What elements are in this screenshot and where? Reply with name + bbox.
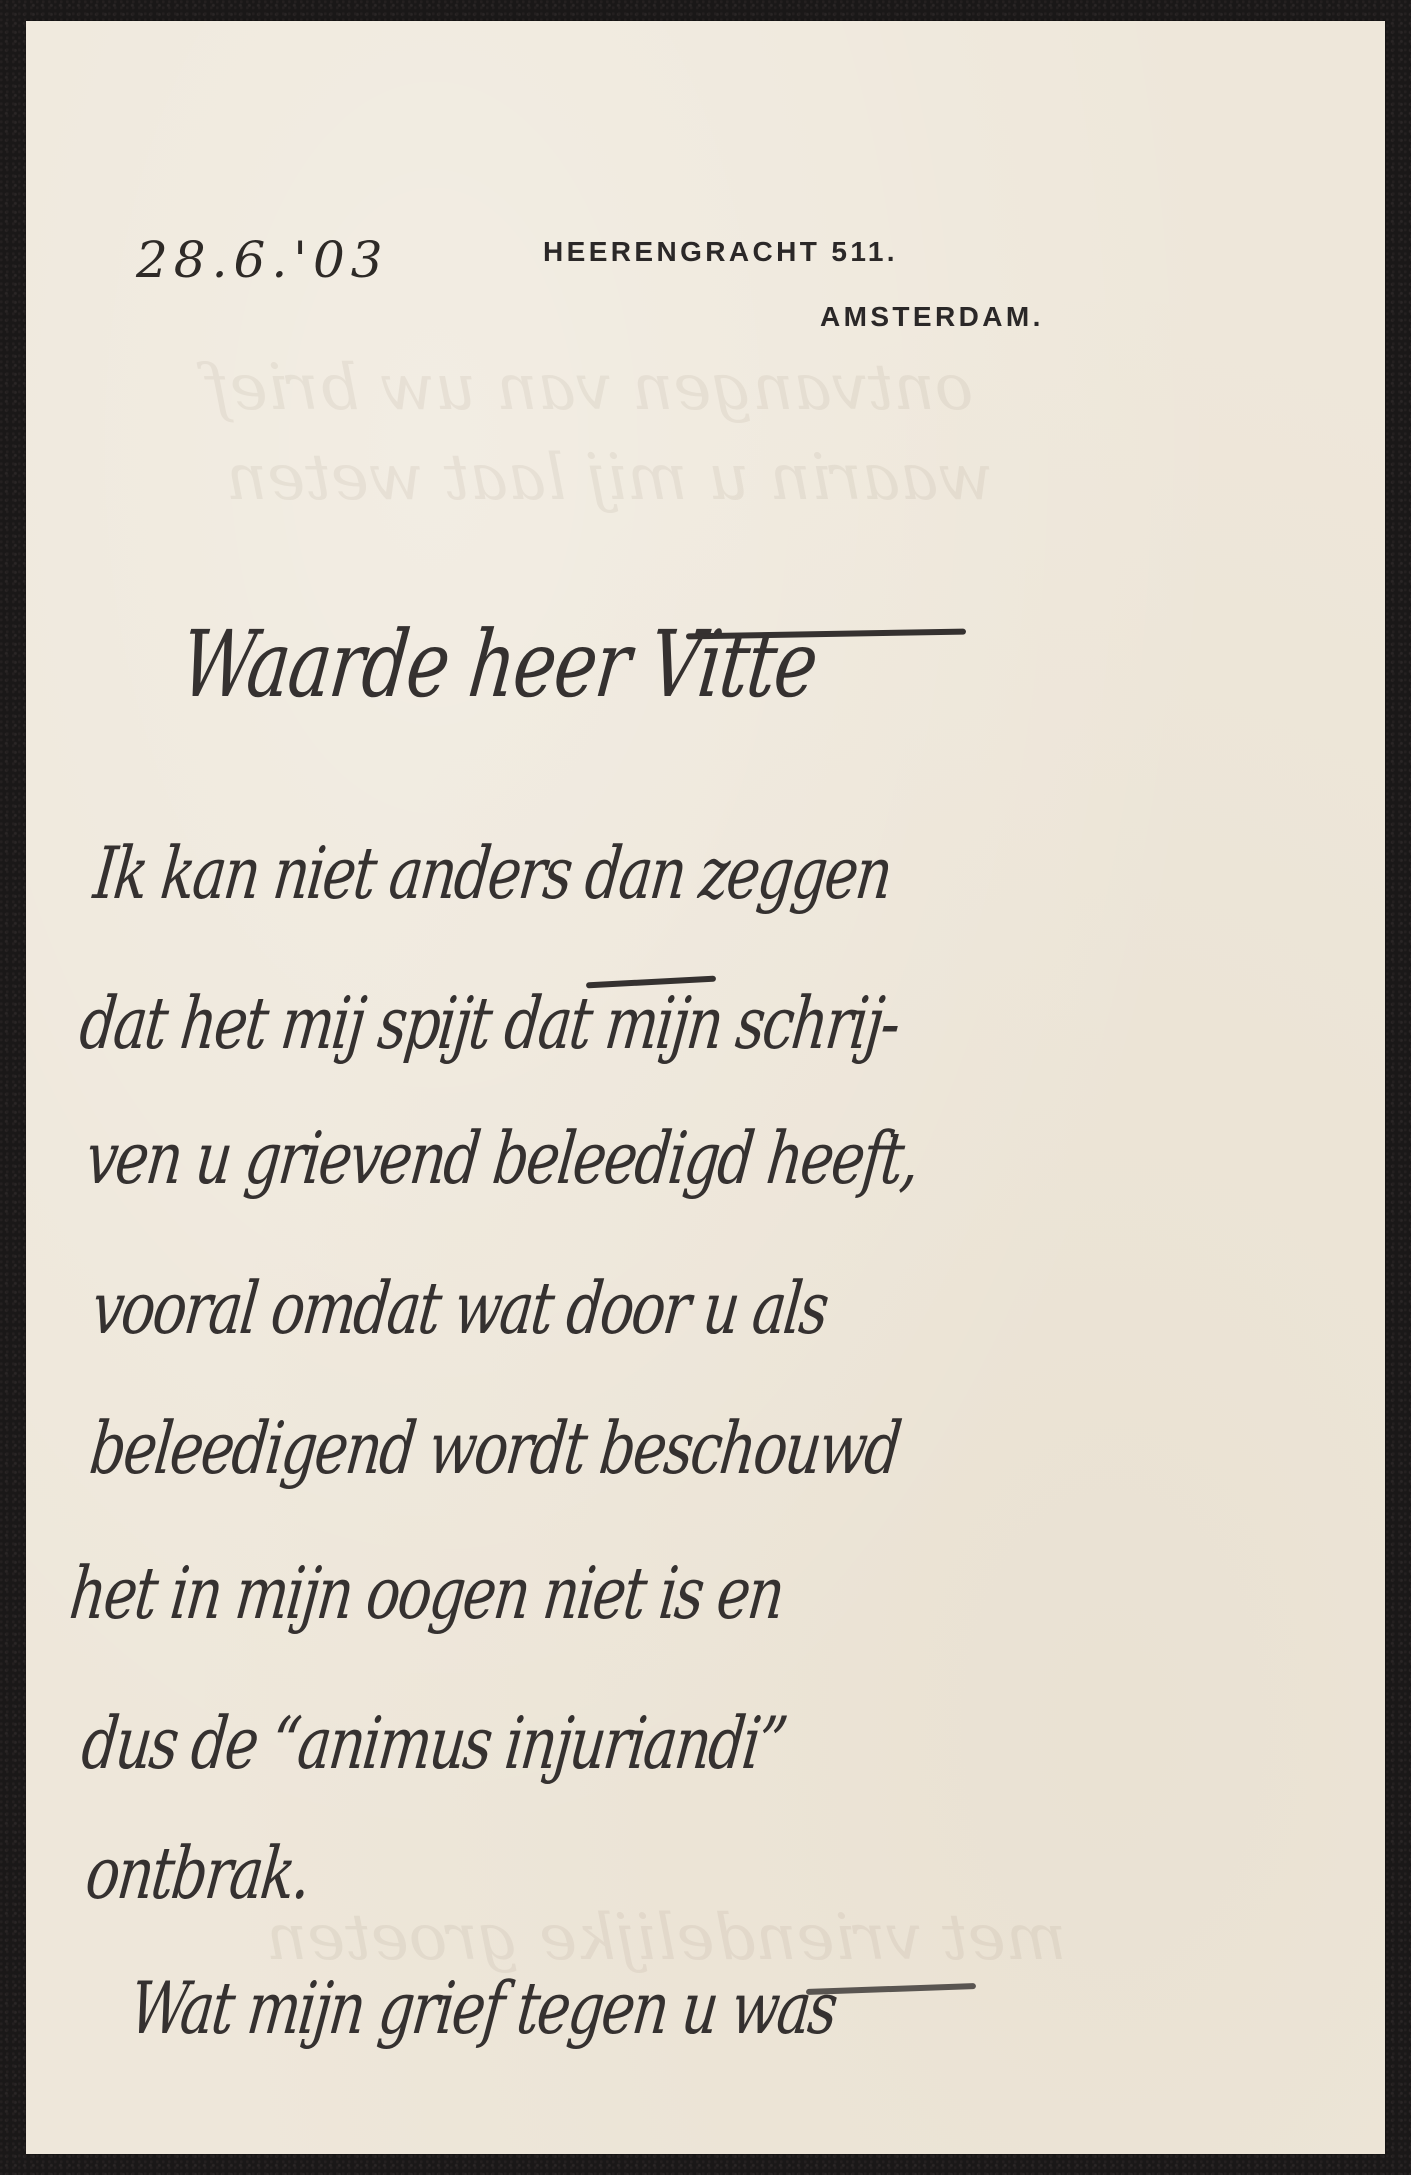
letter-line-8: ontbrak.: [82, 1831, 313, 1915]
handwritten-date: 28.6.'03: [136, 231, 389, 289]
bleed-through-text: waarin u mij laat weten: [226, 441, 993, 515]
letter-line-9: Wat mijn grief tegen u was: [126, 1966, 840, 2050]
letter-line-7: dus de “animus injuriandi”: [78, 1701, 789, 1785]
letter-line-3: ven u grievend beleedigd heeft,: [82, 1116, 922, 1200]
letterhead-city: AMSTERDAM.: [820, 301, 1044, 333]
letter-line-6: het in mijn oogen niet is en: [66, 1551, 787, 1635]
letter-line-2: dat het mij spijt dat mijn schrij-: [76, 981, 903, 1065]
bleed-through-text: ontvangen van uw brief: [206, 351, 973, 425]
letter-line-4: vooral omdat wat door u als: [88, 1266, 831, 1350]
letterhead-street: HEERENGRACHT 511.: [543, 236, 898, 268]
letter-paper: ontvangen van uw brief waarin u mij laat…: [26, 21, 1385, 2154]
bleed-through-text: met vriendelijke groeten: [266, 1901, 1066, 1975]
letter-line-1: Ik kan niet anders dan zeggen: [90, 831, 895, 915]
salutation: Waarde heer Vitte: [176, 611, 822, 718]
letter-line-5: beleedigend wordt beschouwd: [86, 1406, 903, 1490]
